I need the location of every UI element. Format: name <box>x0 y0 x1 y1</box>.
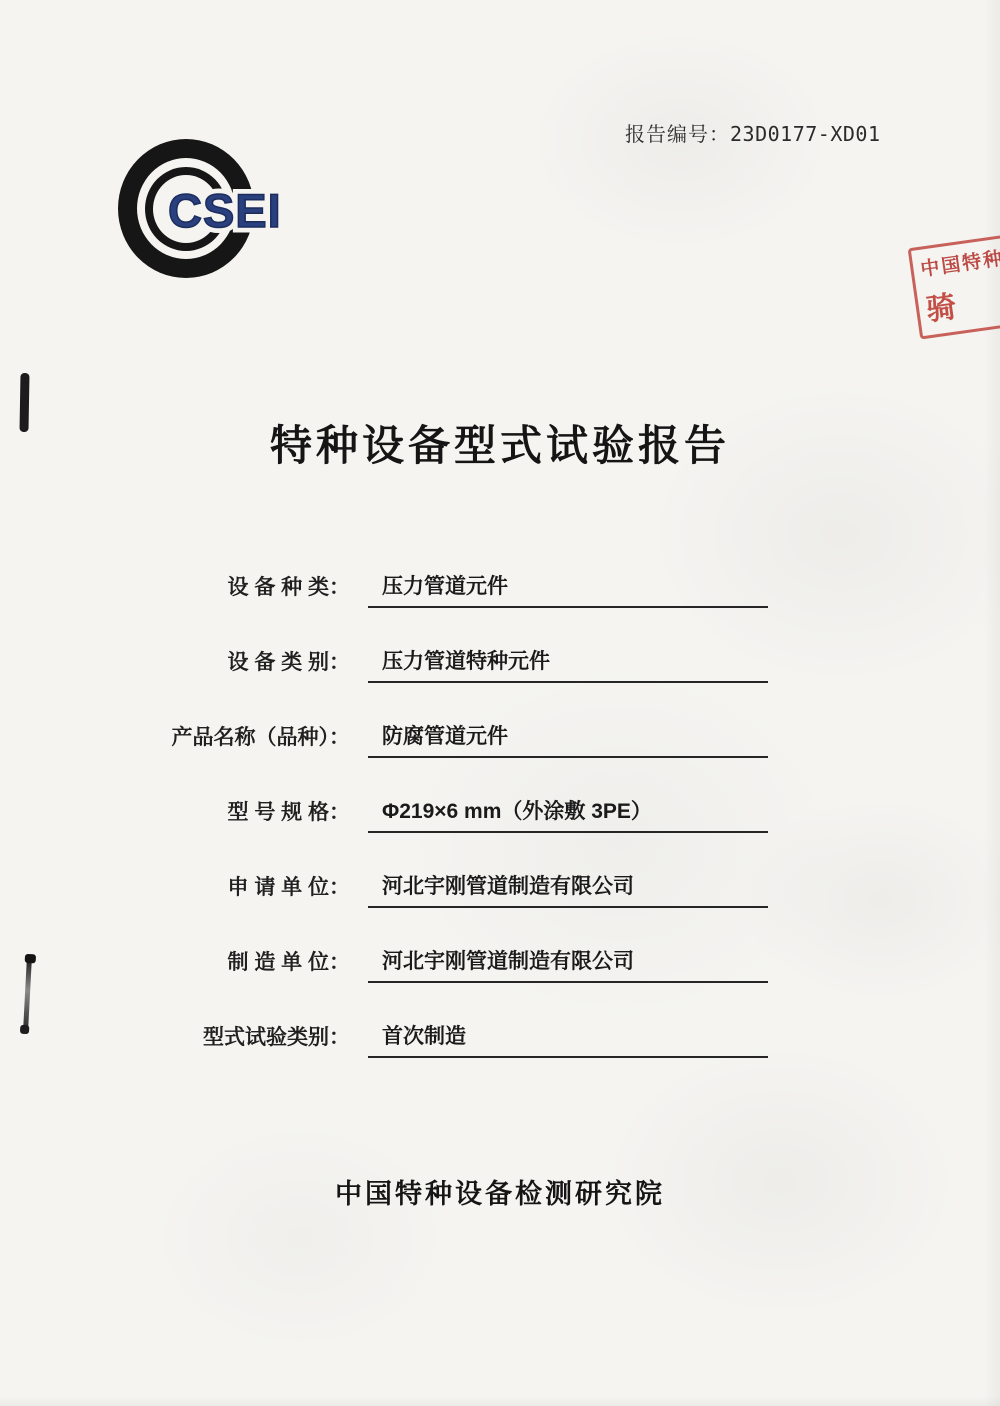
field-row-manufacturer: 制 造 单 位： 河北宇刚管道制造有限公司 <box>150 945 790 983</box>
field-value: Φ219×6 mm（外涂敷 3PE） <box>368 795 768 833</box>
institution-name: 中国特种设备检测研究院 <box>0 1172 1000 1211</box>
field-row-equipment-kind: 设 备 种 类： 压力管道元件 <box>150 570 790 608</box>
stamp-line1: 中国特种设 <box>919 230 1000 281</box>
field-row-equipment-category: 设 备 类 别： 压力管道特种元件 <box>150 645 790 683</box>
field-row-model-spec: 型 号 规 格： Φ219×6 mm（外涂敷 3PE） <box>150 795 790 833</box>
field-value: 河北宇刚管道制造有限公司 <box>368 945 768 983</box>
csei-logo-text: CSEI <box>168 187 282 234</box>
field-label: 产品名称（品种）： <box>150 721 350 758</box>
field-label: 设 备 种 类： <box>150 571 350 608</box>
field-label: 申 请 单 位： <box>150 871 350 908</box>
field-label: 型式试验类别： <box>150 1021 350 1058</box>
field-label: 设 备 类 别： <box>150 646 350 683</box>
field-label: 制 造 单 位： <box>150 946 350 983</box>
field-value: 压力管道元件 <box>368 570 768 608</box>
field-value: 防腐管道元件 <box>368 720 768 758</box>
report-number: 报告编号：23D0177-XD01 <box>625 118 881 147</box>
report-number-label: 报告编号： <box>625 124 730 146</box>
scanned-report-cover-page: 报告编号：23D0177-XD01 CSEI CSEI 中国特种设 骑 缝 特种… <box>0 0 1000 1406</box>
red-seam-stamp: 中国特种设 骑 缝 <box>908 222 1000 340</box>
field-row-applicant: 申 请 单 位： 河北宇刚管道制造有限公司 <box>150 870 790 908</box>
field-row-test-type: 型式试验类别： 首次制造 <box>150 1020 790 1058</box>
field-value: 压力管道特种元件 <box>368 645 768 683</box>
field-row-product-name: 产品名称（品种）： 防腐管道元件 <box>150 720 790 758</box>
csei-logo: CSEI CSEI <box>118 139 328 279</box>
report-number-value: 23D0177-XD01 <box>730 122 881 146</box>
binding-staple-bottom <box>23 958 32 1030</box>
document-title: 特种设备型式试验报告 <box>0 413 1000 473</box>
field-value: 河北宇刚管道制造有限公司 <box>368 870 768 908</box>
field-label: 型 号 规 格： <box>150 796 350 833</box>
field-value: 首次制造 <box>368 1020 768 1058</box>
